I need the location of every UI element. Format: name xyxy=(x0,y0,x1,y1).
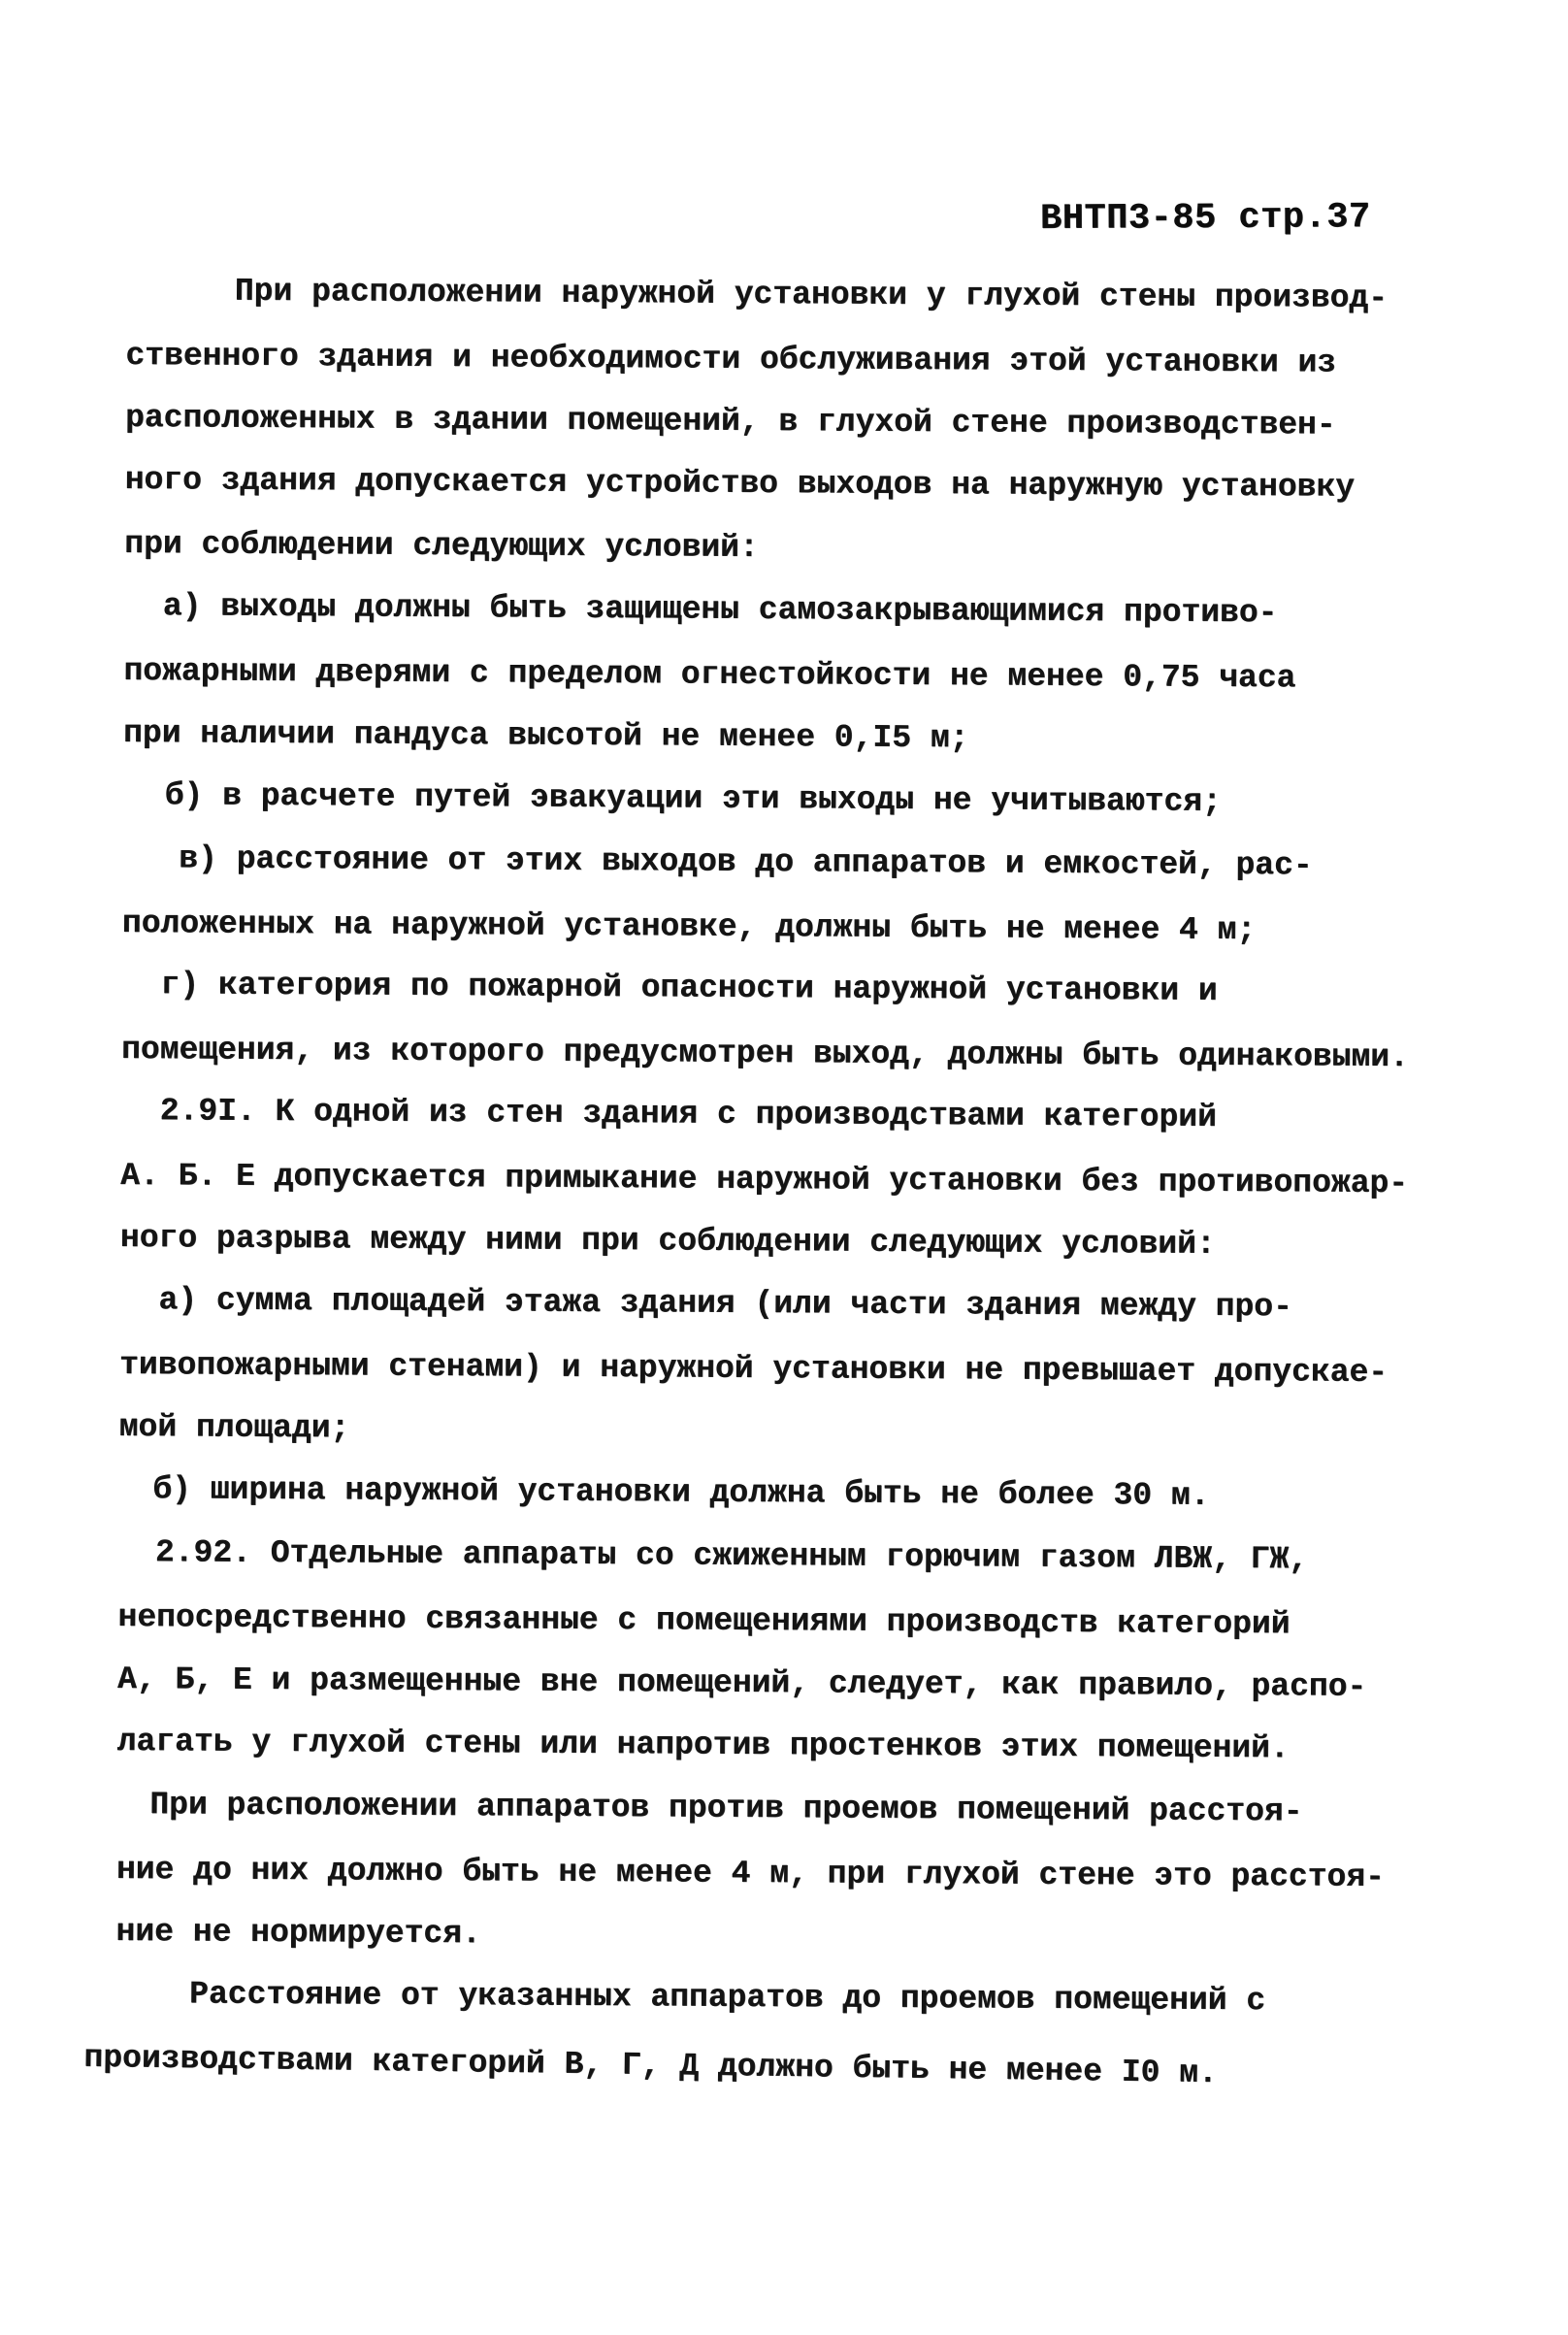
paragraph-2-92: 2.92. Отдельные аппараты со сжиженным го… xyxy=(116,1522,1477,1783)
text-line: ние до них должно быть не менее 4 м, при… xyxy=(116,1838,1475,1910)
paragraph: При расположении аппаратов против проемо… xyxy=(115,1774,1475,1972)
text-line: А, Б, Е и размещенные вне помещений, сле… xyxy=(117,1648,1476,1720)
text-line: А. Б. Е допускается примыкание наружной … xyxy=(120,1144,1479,1216)
text-line: положенных на наружной установке, должны… xyxy=(122,892,1481,964)
text-line: а) выходы должны быть защищены самозакры… xyxy=(124,575,1483,646)
text-line: б) ширина наружной установки должна быть… xyxy=(118,1458,1477,1529)
text-line: производствами категорий В, Г, Д должно … xyxy=(83,2026,1474,2109)
text-line: ного разрыва между ними при соблюдении с… xyxy=(120,1206,1479,1278)
text-line: непосредственно связанные с помещениями … xyxy=(117,1586,1476,1658)
paragraph: При расположении наружной установки у гл… xyxy=(124,260,1485,584)
text-line: ного здания допускается устройство выход… xyxy=(124,448,1483,520)
text-line: При расположении аппаратов против проемо… xyxy=(116,1773,1475,1845)
paragraph-item-g: г) категория по пожарной опасности наруж… xyxy=(121,954,1481,1089)
text-line: тивопожарными стенами) и наружной устано… xyxy=(119,1333,1478,1405)
text-line: б) в расчете путей эвакуации эти выходы … xyxy=(122,764,1481,836)
text-line: расположенных в здании помещений, в глух… xyxy=(125,386,1484,458)
text-line: а) сумма площадей этажа здания (или част… xyxy=(119,1268,1478,1340)
text-line: ние не нормируется. xyxy=(115,1900,1474,1972)
scanned-page: ВНТП3-85 стр.37 При расположении наружно… xyxy=(0,0,1568,2335)
text-line: при наличии пандуса высотой не менее 0,I… xyxy=(123,702,1482,773)
text-line: мой площади; xyxy=(118,1396,1477,1467)
text-line: при соблюдении следующих условий: xyxy=(124,512,1483,584)
paragraph-item-b2: б) ширина наружной установки должна быть… xyxy=(118,1459,1477,1530)
text-line: пожарными дверями с пределом огнестойкос… xyxy=(123,640,1482,711)
paragraph: Расстояние от указанных аппаратов до про… xyxy=(114,1963,1474,2098)
text-line: помещения, из которого предусмотрен выхо… xyxy=(121,1018,1480,1090)
text-line: лагать у глухой стены или напротив прост… xyxy=(116,1710,1475,1782)
paragraph-2-91: 2.9I. К одной из стен здания с производс… xyxy=(120,1080,1480,1278)
paragraph-item-v: в) расстояние от этих выходов до аппарат… xyxy=(122,828,1482,963)
page-header: ВНТП3-85 стр.37 xyxy=(1040,197,1371,240)
text-line: 2.92. Отдельные аппараты со сжиженным го… xyxy=(118,1521,1477,1593)
text-line: г) категория по пожарной опасности наруж… xyxy=(121,953,1480,1025)
text-line: 2.9I. К одной из стен здания с производс… xyxy=(120,1079,1479,1151)
text-line: При расположении наружной установки у гл… xyxy=(126,259,1485,331)
text-line: в) расстояние от этих выходов до аппарат… xyxy=(122,827,1481,899)
document-body: При расположении наружной установки у гл… xyxy=(114,260,1484,2098)
paragraph-item-a: а) выходы должны быть защищены самозакры… xyxy=(123,576,1483,773)
text-line: ственного здания и необходимости обслужи… xyxy=(125,324,1484,396)
paragraph-item-b: б) в расчете путей эвакуации эти выходы … xyxy=(122,765,1481,837)
paragraph-item-a2: а) сумма площадей этажа здания (или част… xyxy=(118,1269,1478,1467)
text-line: Расстояние от указанных аппаратов до про… xyxy=(115,1962,1474,2034)
